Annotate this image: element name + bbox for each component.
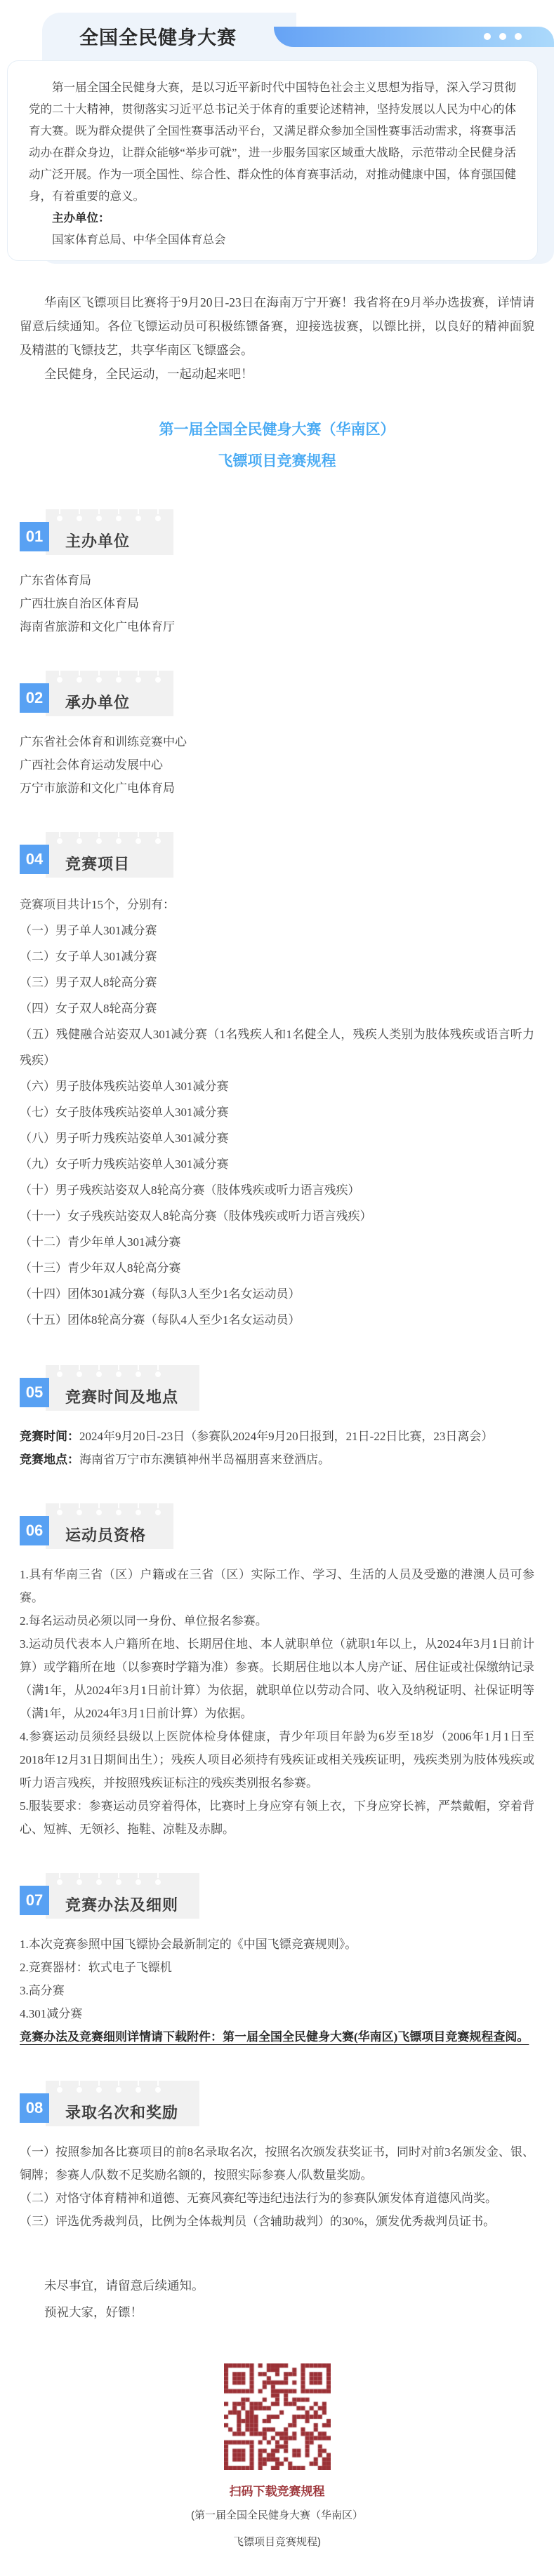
section-body: 广东省体育局广西壮族自治区体育局海南省旅游和文化广电体育厅 [20,569,534,638]
section-item: 万宁市旅游和文化广电体育局 [20,777,534,800]
section-title: 承办单位 [65,691,130,713]
section-item: （五）残健融合站姿双人301减分赛（1名残疾人和1名健全人，残疾人类别为肢体残疾… [20,1021,534,1073]
hero-banner: 全国全民健身大赛 第一届全国全民健身大赛，是以习近平新时代中国特色社会主义思想为… [0,0,554,267]
section-number-badge: 05 [20,1378,49,1407]
section-header: 竞赛办法及细则 07 [20,1873,534,1919]
closing-note-2: 预祝大家，好镖！ [20,2299,534,2326]
droplet-decor-icon [46,671,173,687]
section-title: 运动员资格 [65,1524,146,1545]
section-header-box: 运动员资格 [46,1503,173,1549]
qr-block: 扫码下载竞赛规程 (第一届全国全民健身大赛（华南区） 飞镖项目竞赛规程) [20,2363,534,2558]
section-item: （四）女子双人8轮高分赛 [20,995,534,1021]
section-item: （三）男子双人8轮高分赛 [20,970,534,995]
section-header-box: 竞赛项目 [46,832,173,878]
section-header: 承办单位 02 [20,671,534,716]
section-header-box: 竞赛时间及地点 [46,1365,199,1411]
section-title: 竞赛时间及地点 [65,1386,178,1407]
section-header-box: 承办单位 [46,671,173,716]
droplet-decor-icon [46,1365,199,1381]
item-label: 竞赛时间： [20,1430,79,1443]
announcement-paragraph: 华南区飞镖项目比赛将于9月20日-23日在海南万宁开赛！我省将在9月举办选拔赛，… [20,290,534,362]
section-02: 承办单位 02 广东省社会体育和训练竞赛中心广西社会体育运动发展中心万宁市旅游和… [20,671,534,800]
section-item: （十四）团体301减分赛（每队3人至少1名女运动员） [20,1281,534,1307]
section-header-box: 录取名次和奖励 [46,2081,199,2126]
section-number-badge: 01 [20,522,49,551]
section-title: 主办单位 [65,530,130,551]
section-item: （十五）团体8轮高分赛（每队4人至少1名女运动员） [20,1307,534,1333]
qr-subcaption-line2: 飞镖项目竞赛规程) [20,2527,534,2558]
section-header: 竞赛时间及地点 05 [20,1365,534,1411]
section-header: 主办单位 01 [20,509,534,555]
sections-container: 主办单位 01 广东省体育局广西壮族自治区体育局海南省旅游和文化广电体育厅 承办… [20,509,534,2233]
section-labeled-item: 竞赛时间：2024年9月20日-23日（参赛队2024年9月20日报到，21日-… [20,1425,534,1448]
section-item: （三）评选优秀裁判员，比例为全体裁判员（含辅助裁判）的30%，颁发优秀裁判员证书… [20,2210,534,2233]
section-body: 1.具有华南三省（区）户籍或在三省（区）实际工作、学习、生活的人员及受邀的港澳人… [20,1563,534,1841]
section-body: 竞赛项目共计15个，分别有：（一）男子单人301减分赛（二）女子单人301减分赛… [20,892,534,1333]
section-item: 3.运动员代表本人户籍所在地、长期居住地、本人就职单位（就职1年以上，从2024… [20,1632,534,1725]
section-item: （七）女子肢体残疾站姿单人301减分赛 [20,1099,534,1125]
host-label: 主办单位： [29,207,516,229]
section-item: 广西社会体育运动发展中心 [20,753,534,777]
section-header: 竞赛项目 04 [20,832,534,878]
section-item: 广东省社会体育和训练竞赛中心 [20,730,534,753]
section-item: 海南省旅游和文化广电体育厅 [20,615,534,638]
section-header: 运动员资格 06 [20,1503,534,1549]
section-item: （二）女子单人301减分赛 [20,944,534,970]
section-04: 竞赛项目 04 竞赛项目共计15个，分别有：（一）男子单人301减分赛（二）女子… [20,832,534,1333]
section-item: 广西壮族自治区体育局 [20,592,534,615]
window-dots-icon [484,33,522,40]
host-value: 国家体育总局、中华全国体育总会 [29,229,516,250]
section-item: 4.301减分赛 [20,2002,534,2025]
section-item: （十三）青少年双人8轮高分赛 [20,1255,534,1281]
section-item: 广东省体育局 [20,569,534,592]
window-title-bar [274,27,554,47]
section-labeled-item: 竞赛地点：海南省万宁市东澳镇神州半岛福朋喜来登酒店。 [20,1448,534,1471]
page-title: 全国全民健身大赛 [79,22,237,50]
section-body: 广东省社会体育和训练竞赛中心广西社会体育运动发展中心万宁市旅游和文化广电体育局 [20,730,534,800]
qr-caption: 扫码下载竞赛规程 [20,2481,534,2499]
section-item: 2.竞赛器材：软式电子飞镖机 [20,1956,534,1979]
closing-note-1: 未尽事宜，请留意后续通知。 [20,2272,534,2299]
section-header-box: 主办单位 [46,509,173,555]
item-label: 竞赛地点： [20,1453,79,1466]
section-05: 竞赛时间及地点 05 竞赛时间：2024年9月20日-23日（参赛队2024年9… [20,1365,534,1471]
section-item: （六）男子肢体残疾站姿单人301减分赛 [20,1073,534,1099]
section-item: （十）男子残疾站姿双人8轮高分赛（肢体残疾或听力语言残疾） [20,1177,534,1203]
section-item: （二）对恪守体育精神和道德、无赛风赛纪等违纪违法行为的参赛队颁发体育道德风尚奖。 [20,2187,534,2210]
section-number-badge: 04 [20,845,49,874]
section-number-badge: 06 [20,1516,49,1545]
section-item: 4.参赛运动员须经县级以上医院体检身体健康，青少年项目年龄为6岁至18岁（200… [20,1725,534,1795]
document-title: 第一届全国全民健身大赛（华南区） 飞镖项目竞赛规程 [20,414,534,477]
section-item: 1.本次竞赛参照中国飞镖协会最新制定的《中国飞镖竞赛规则》。 [20,1933,534,1956]
section-07: 竞赛办法及细则 07 1.本次竞赛参照中国飞镖协会最新制定的《中国飞镖竞赛规则》… [20,1873,534,2048]
droplet-decor-icon [46,1503,173,1520]
section-number-badge: 07 [20,1886,49,1915]
section-01: 主办单位 01 广东省体育局广西壮族自治区体育局海南省旅游和文化广电体育厅 [20,509,534,638]
section-body: 1.本次竞赛参照中国飞镖协会最新制定的《中国飞镖竞赛规则》。2.竞赛器材：软式电… [20,1933,534,2048]
section-08: 录取名次和奖励 08 （一）按照参加各比赛项目的前8名录取名次，按照名次颁发获奖… [20,2081,534,2233]
section-number-badge: 02 [20,683,49,713]
slogan-line: 全民健身，全民运动，一起动起来吧！ [20,362,534,386]
section-06: 运动员资格 06 1.具有华南三省（区）户籍或在三省（区）实际工作、学习、生活的… [20,1503,534,1841]
section-item: （一）按照参加各比赛项目的前8名录取名次，按照名次颁发获奖证书，同时对前3名颁发… [20,2140,534,2187]
section-item: 1.具有华南三省（区）户籍或在三省（区）实际工作、学习、生活的人员及受邀的港澳人… [20,1563,534,1609]
section-item: 3.高分赛 [20,1979,534,2002]
qr-code [224,2363,331,2470]
content-column: 华南区飞镖项目比赛将于9月20日-23日在海南万宁开赛！我省将在9月举办选拔赛，… [0,290,554,2576]
section-body: （一）按照参加各比赛项目的前8名录取名次，按照名次颁发获奖证书，同时对前3名颁发… [20,2140,534,2233]
intro-card: 第一届全国全民健身大赛，是以习近平新时代中国特色社会主义思想为指导，深入学习贯彻… [7,60,538,261]
download-attachment-link[interactable]: 竞赛办法及竞赛细则详情请下载附件：第一届全国全民健身大赛(华南区)飞镖项目竞赛规… [20,2025,534,2048]
section-item: 2.每名运动员必须以同一身份、单位报名参赛。 [20,1609,534,1632]
section-header: 录取名次和奖励 08 [20,2081,534,2126]
section-title: 竞赛办法及细则 [65,1893,178,1915]
document-title-line1: 第一届全国全民健身大赛（华南区） [20,414,534,445]
intro-paragraph: 第一届全国全民健身大赛，是以习近平新时代中国特色社会主义思想为指导，深入学习贯彻… [29,76,516,207]
section-header-box: 竞赛办法及细则 [46,1873,199,1919]
droplet-decor-icon [46,2081,199,2097]
droplet-decor-icon [46,509,173,525]
section-title: 录取名次和奖励 [65,2101,178,2123]
droplet-decor-icon [46,832,173,848]
section-item: 5.服装要求：参赛运动员穿着得体，比赛时上身应穿有领上衣，下身应穿长裤，严禁戴帽… [20,1795,534,1841]
section-item: （九）女子听力残疾站姿单人301减分赛 [20,1151,534,1177]
section-number-badge: 08 [20,2093,49,2123]
document-title-line2: 飞镖项目竞赛规程 [20,445,534,477]
section-item: （十一）女子残疾站姿双人8轮高分赛（肢体残疾或听力语言残疾） [20,1203,534,1229]
section-body: 竞赛时间：2024年9月20日-23日（参赛队2024年9月20日报到，21日-… [20,1425,534,1471]
section-item: 竞赛项目共计15个，分别有： [20,892,534,918]
section-title: 竞赛项目 [65,852,130,874]
section-item: （十二）青少年单人301减分赛 [20,1229,534,1255]
section-item: （一）男子单人301减分赛 [20,918,534,944]
droplet-decor-icon [46,1873,199,1889]
section-item: （八）男子听力残疾站姿单人301减分赛 [20,1125,534,1151]
